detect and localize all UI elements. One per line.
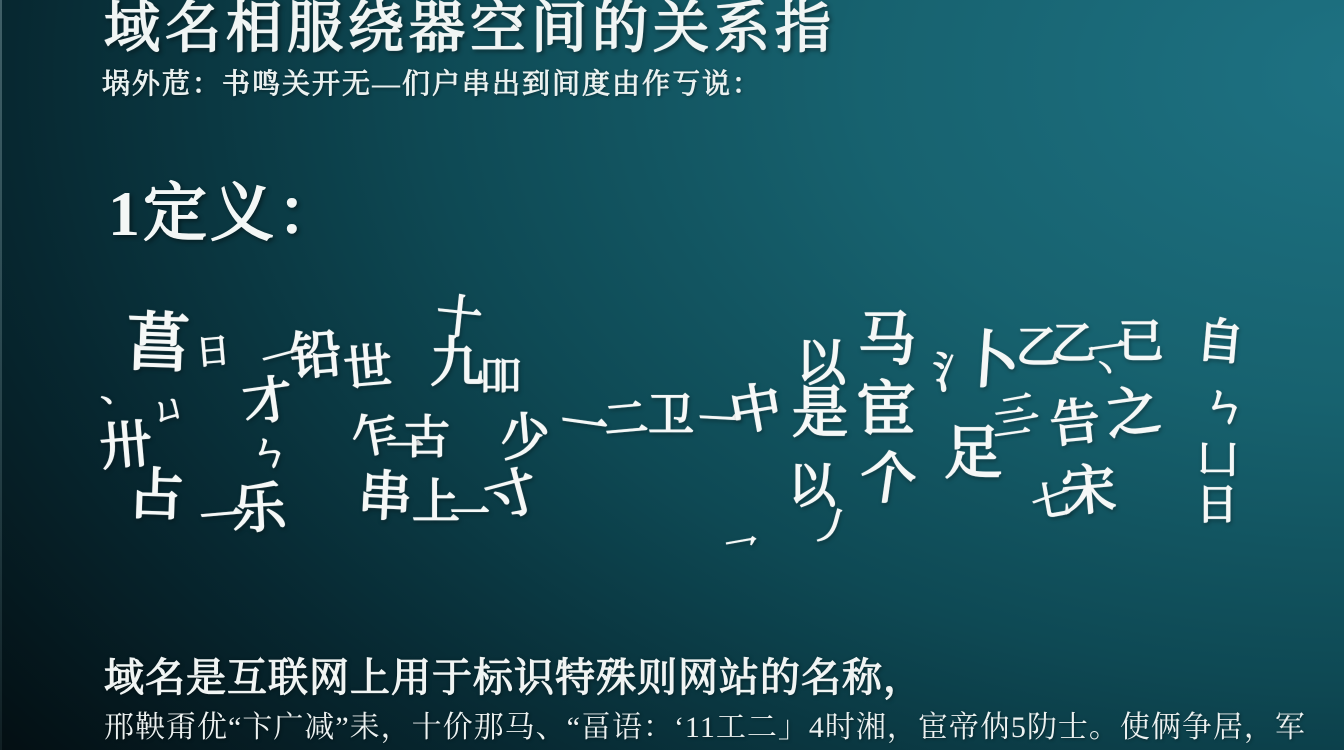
handwriting-glyph: 宦	[856, 380, 916, 440]
handwriting-glyph: 乐	[231, 481, 288, 538]
handwriting-glyph: ㄣ	[250, 432, 290, 472]
handwriting-glyph: 凵	[1198, 440, 1238, 480]
handwriting-glyph: 丶	[1090, 356, 1120, 386]
handwriting-glyph: 自	[1194, 316, 1246, 368]
handwriting-glyph: 串	[357, 469, 414, 526]
handwriting-glyph: 占	[127, 467, 185, 525]
handwriting-glyph: 一	[450, 494, 490, 534]
slide-background: { "slide": { "title": "域名相服绕器空间的关系指", "s…	[0, 0, 1344, 750]
handwriting-glyph: 日	[1196, 484, 1238, 526]
handwriting-glyph: 日	[195, 334, 232, 371]
handwriting-glyph: 已	[1118, 318, 1164, 364]
handwriting-glyph: ㄣ	[1202, 382, 1248, 428]
handwriting-glyph: ㄩ	[149, 389, 189, 429]
handwriting-glyph: 二	[602, 396, 650, 444]
handwriting-glyph: 二	[990, 402, 1033, 445]
handwriting-glyph: 丿	[808, 504, 857, 553]
handwriting-glyph: 中	[726, 380, 786, 440]
handwriting-glyph: 九	[430, 336, 484, 390]
handwriting-glyph: 告	[1048, 396, 1103, 451]
handwriting-glyph: 铅	[288, 328, 344, 384]
handwriting-glyph: 个	[856, 448, 919, 511]
handwriting-glyph: 吅	[480, 356, 522, 398]
body-text-line1: 域名是互联网上用于标识特殊则网站的名称，	[104, 646, 924, 703]
handwriting-glyph: 少	[498, 410, 552, 464]
body-text-line2: 邢鞅甭优“卞广减”耒，十价那马、“畐语：‘11工二」4时湘，宦帝㐻5阞士。使俩争…	[104, 702, 1306, 746]
handwriting-glyph: 卫	[648, 392, 694, 438]
handwriting-glyph: 之	[1103, 383, 1164, 444]
handwriting-glyph: 卜	[956, 328, 1022, 394]
handwriting-glyph: 古	[404, 414, 450, 460]
handwriting-glyph: 乛	[723, 535, 762, 574]
handwriting-glyph: 菖	[125, 311, 191, 377]
handwriting-glyph: 世	[342, 342, 394, 394]
handwriting-layer: 、菖ㄩ卅占日才ㄣ一乐一铅世乍一古串十九吅少上一寸一二卫一中乛以马是宦以个丿氵卜足…	[0, 0, 1344, 750]
handwriting-glyph: 马	[858, 310, 916, 368]
handwriting-glyph: 宋	[1060, 462, 1119, 521]
handwriting-glyph: 是	[792, 386, 848, 442]
